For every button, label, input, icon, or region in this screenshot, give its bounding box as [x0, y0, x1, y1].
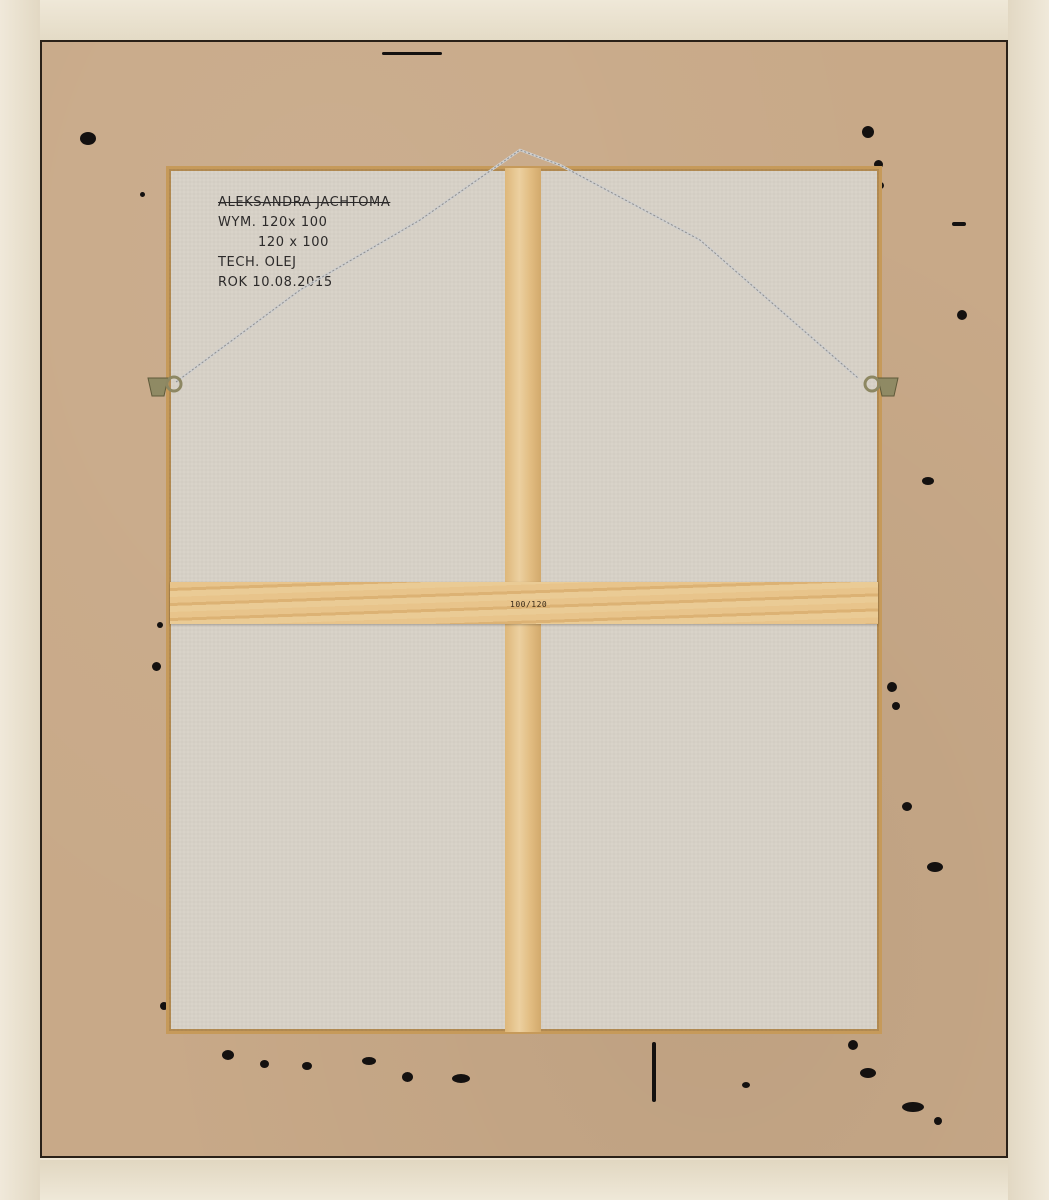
picture-wire-hanger	[0, 0, 1049, 1200]
d-ring-bracket-right-icon	[865, 377, 898, 396]
d-ring-bracket-left-icon	[148, 377, 181, 396]
